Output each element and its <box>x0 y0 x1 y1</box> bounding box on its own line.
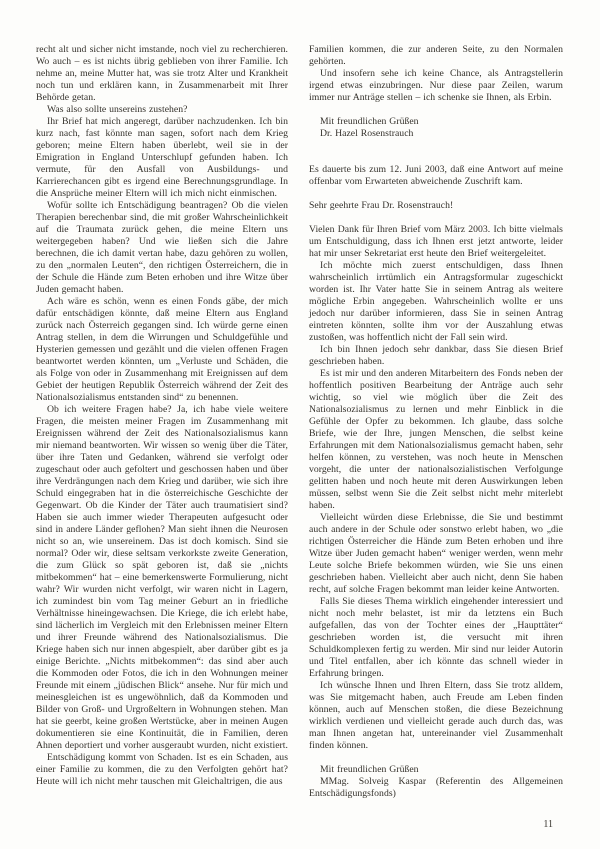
page-number: 11 <box>543 819 553 831</box>
paragraph: Entschädigung kommt von Schaden. Ist es … <box>36 752 288 788</box>
paragraph: Ihr Brief hat mich angeregt, darüber nac… <box>36 116 288 200</box>
paragraph: Und insofern sehe ich keine Chance, als … <box>309 68 563 104</box>
paragraph: MMag. Solveig Kaspar (Referentin des All… <box>309 776 563 800</box>
paragraph: Familien kommen, die zur anderen Seite, … <box>309 44 563 68</box>
paragraph: Dr. Hazel Rosenstrauch <box>309 128 563 140</box>
paragraph: Vielleicht würden diese Erlebnisse, die … <box>309 512 563 596</box>
paragraph: Vielen Dank für Ihren Brief vom März 200… <box>309 224 563 260</box>
paragraph: Mit freundlichen Grüßen <box>309 764 563 776</box>
paragraph: Ich wünsche Ihnen und Ihren Eltern, dass… <box>309 680 563 752</box>
paragraph: Ach wäre es schön, wenn es einen Fonds g… <box>36 296 288 404</box>
book-page: recht alt und sicher nicht imstande, noc… <box>0 0 600 849</box>
paragraph: Falls Sie dieses Thema wirklich eingehen… <box>309 596 563 680</box>
paragraph: Es dauerte bis zum 12. Juni 2003, daß ei… <box>309 164 563 188</box>
paragraph: Mit freundlichen Grüßen <box>309 116 563 128</box>
paragraph: Ich bin Ihnen jedoch sehr dankbar, dass … <box>309 344 563 368</box>
paragraph: Es ist mir und den anderen Mitarbeitern … <box>309 368 563 512</box>
paragraph: recht alt und sicher nicht imstande, noc… <box>36 44 288 104</box>
text-column-left: recht alt und sicher nicht imstande, noc… <box>36 44 288 788</box>
paragraph: Wofür sollte ich Entschädigung beantrage… <box>36 200 288 296</box>
text-column-right: Familien kommen, die zur anderen Seite, … <box>309 44 563 800</box>
paragraph: Sehr geehrte Frau Dr. Rosenstrauch! <box>309 200 563 212</box>
paragraph: Ob ich weitere Fragen habe? Ja, ich habe… <box>36 404 288 752</box>
paragraph: Was also sollte unsereins zustehen? <box>36 104 288 116</box>
paragraph: Ich möchte mich zuerst entschuldigen, da… <box>309 260 563 344</box>
